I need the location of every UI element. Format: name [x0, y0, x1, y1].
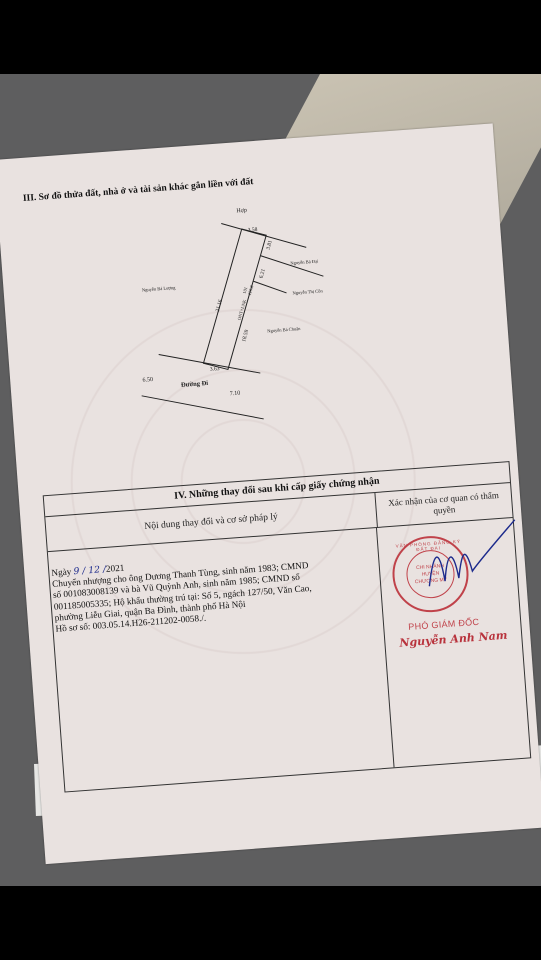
top-letterbox: [0, 0, 541, 74]
dimension-right-upper: 3.81: [265, 239, 273, 250]
signer-name: Nguyễn Anh Nam: [399, 629, 508, 650]
dimension-bottom: 3.63: [210, 366, 220, 373]
parcel-label: ONT+LNK: [237, 298, 248, 320]
confirmation-cell: VĂN PHÒNG ĐĂNG KÝ ĐẤT ĐAI CHI NHÁNH HUYỆ…: [377, 518, 530, 767]
changes-table: IV. Những thay đổi sau khi cấp giấy chứn…: [43, 461, 532, 792]
section3-title: III. Sơ đồ thửa đất, nhà ở và tài sản kh…: [23, 177, 254, 204]
plot-diagram-svg: Hợp 3.58 Nguyễn Bá Lượng Nguyễn Bá Đại N…: [108, 194, 363, 431]
dimension-left: 31.16: [215, 299, 224, 313]
bottom-letterbox: [0, 886, 541, 960]
right-neighbor-3-label: Nguyễn Bá Chuẩn: [267, 326, 301, 333]
left-neighbor-label: Nguyễn Bá Lượng: [142, 285, 177, 292]
signature-icon: [407, 518, 523, 606]
date-year: 2021: [106, 563, 125, 574]
certificate-page: III. Sơ đồ thửa đất, nhà ở và tài sản kh…: [0, 123, 541, 864]
dimension-right-middle: 6.21: [259, 268, 267, 279]
signer-role: PHÓ GIÁM ĐỐC: [408, 617, 480, 632]
dimension-right-lower: 18.59: [241, 329, 250, 343]
table-row: Ngày 9 / 12 /2021 Chuyển nhượng cho ông …: [48, 518, 530, 791]
road-right-width: 7.10: [230, 391, 241, 398]
road-label: Đường Đi: [181, 380, 209, 389]
right-neighbor-1-label: Nguyễn Bá Đại: [290, 258, 319, 265]
right-neighbor-2-label: Nguyễn Thị Côn: [292, 288, 323, 295]
parcel-area: 115.8: [247, 284, 255, 296]
land-plot-diagram: Hợp 3.58 Nguyễn Bá Lượng Nguyễn Bá Đại N…: [108, 194, 363, 431]
change-entry: Ngày 9 / 12 /2021 Chuyển nhượng cho ông …: [48, 528, 395, 792]
photo: III. Sơ đồ thửa đất, nhà ở và tài sản kh…: [0, 74, 541, 886]
date-prefix: Ngày: [51, 566, 72, 577]
road-left-width: 6.50: [142, 377, 153, 384]
top-neighbor-label: Hợp: [236, 208, 247, 215]
